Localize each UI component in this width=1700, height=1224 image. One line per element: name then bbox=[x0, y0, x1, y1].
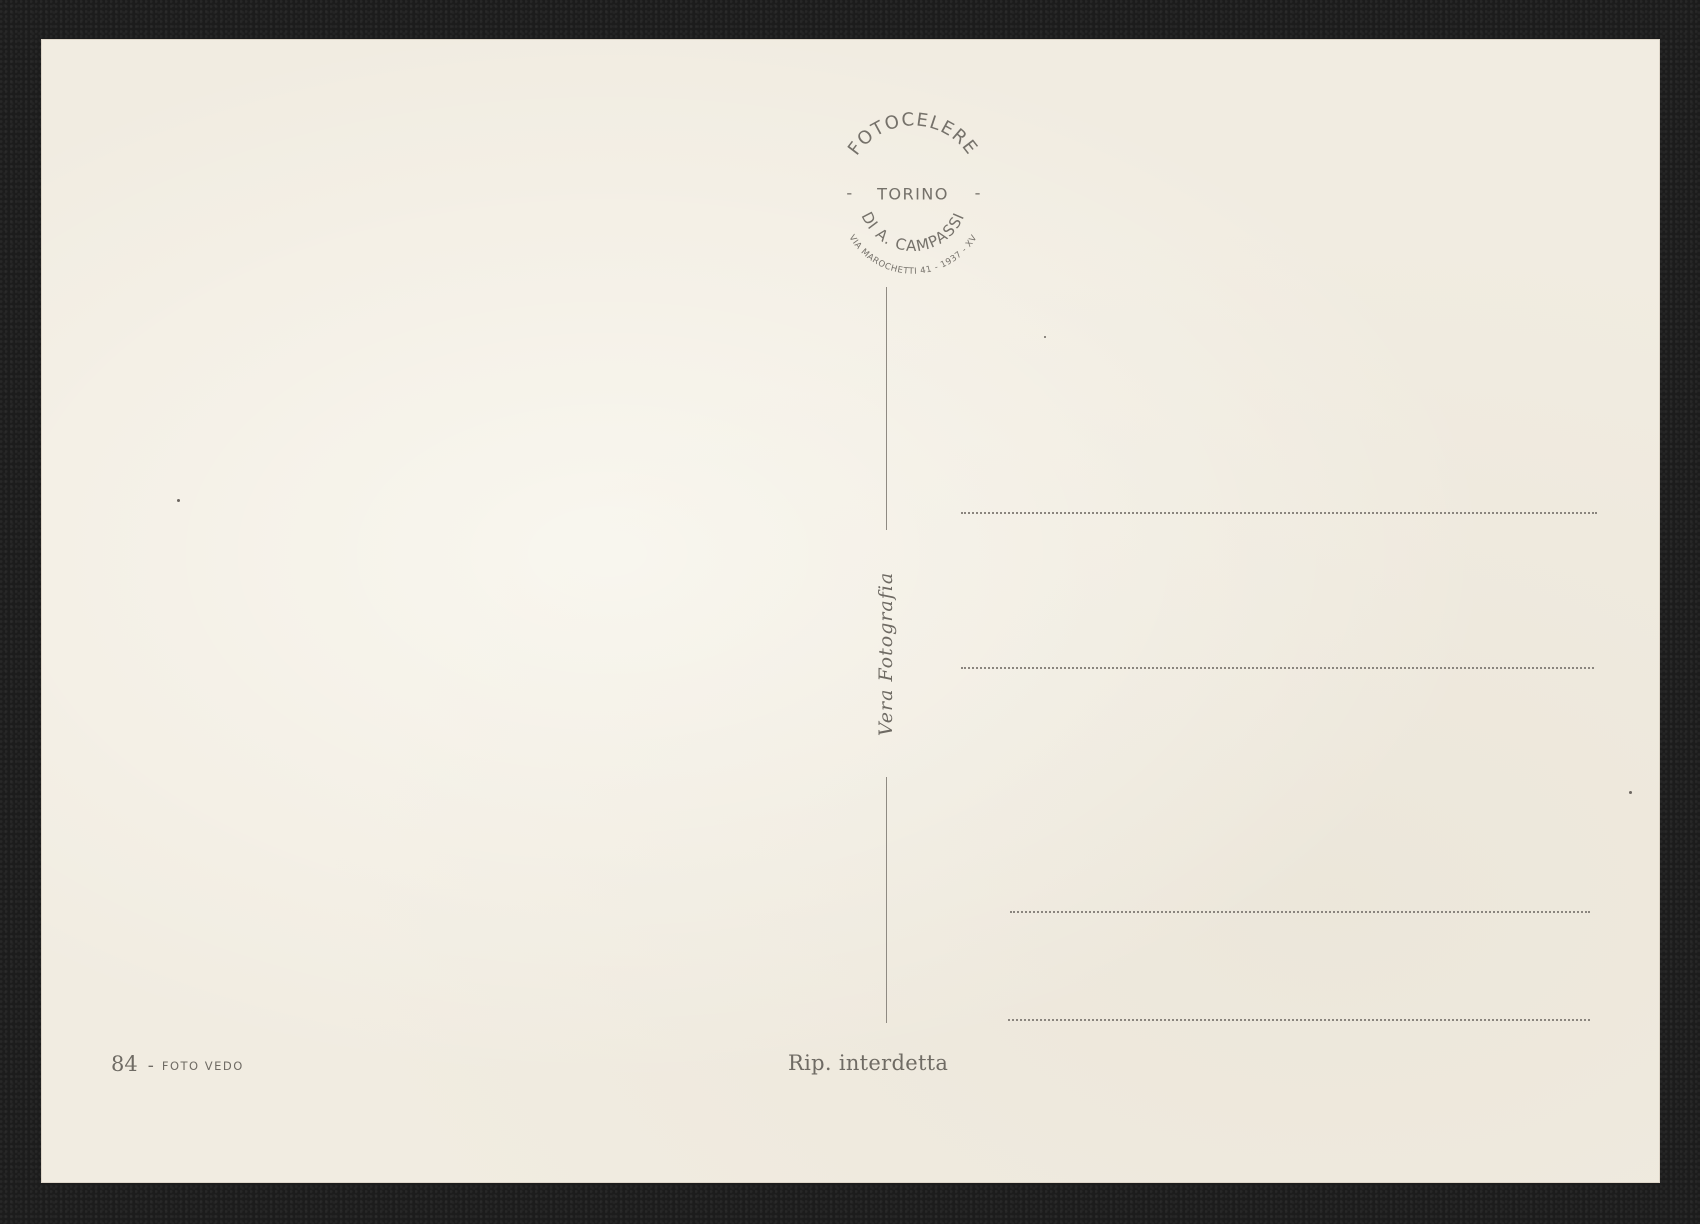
address-line-1 bbox=[961, 512, 1597, 514]
divider-label: Vera Fotografia bbox=[875, 572, 897, 736]
address-line-4 bbox=[1008, 1019, 1590, 1021]
svg-text:DI A. CAMPASSI: DI A. CAMPASSI bbox=[858, 209, 969, 255]
stamp-left-mark: - bbox=[846, 184, 852, 203]
address-line-2 bbox=[961, 667, 1594, 669]
stamp-seal-graphic: FOTOCELERE TORINO - - DI A. CAMPASSI VIA… bbox=[818, 97, 1008, 287]
paper-speck bbox=[1044, 336, 1046, 338]
svg-text:FOTOCELERE: FOTOCELERE bbox=[844, 109, 982, 159]
reproduction-notice: Rip. interdetta bbox=[788, 1051, 948, 1075]
photographer-stamp: FOTOCELERE TORINO - - DI A. CAMPASSI VIA… bbox=[818, 97, 1008, 287]
stamp-top-text: FOTOCELERE bbox=[844, 109, 982, 159]
photo-credit: FOTO VEDO bbox=[162, 1059, 244, 1073]
paper-speck bbox=[177, 499, 180, 502]
footer-separator: - bbox=[148, 1055, 154, 1076]
stamp-right-mark: - bbox=[975, 184, 981, 203]
stamp-inner-bottom-text: DI A. CAMPASSI bbox=[858, 209, 969, 255]
address-line-3 bbox=[1010, 911, 1590, 913]
center-divider-bottom bbox=[886, 777, 887, 1023]
center-divider-top bbox=[886, 287, 887, 530]
serial-number: 84 bbox=[111, 1052, 138, 1076]
postcard-back: FOTOCELERE TORINO - - DI A. CAMPASSI VIA… bbox=[41, 39, 1660, 1183]
stamp-center-text: TORINO bbox=[876, 185, 949, 204]
paper-speck bbox=[1629, 791, 1632, 794]
footer-credit: 84-FOTO VEDO bbox=[111, 1052, 244, 1076]
